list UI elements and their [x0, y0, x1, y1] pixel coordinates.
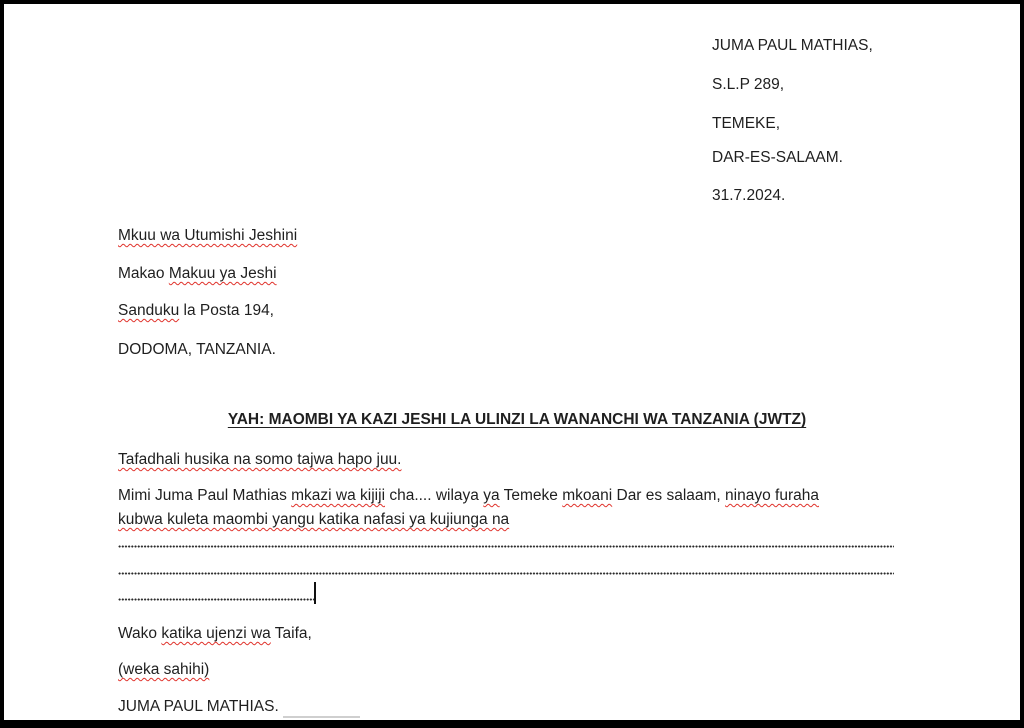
closing-text: Wako: [118, 625, 161, 642]
dotted-fill-line-1: [118, 545, 894, 548]
document-frame: JUMA PAUL MATHIAS, S.L.P 289, TEMEKE, DA…: [4, 4, 1020, 720]
sender-name: JUMA PAUL MATHIAS,: [712, 36, 873, 56]
paragraph-text: ya: [483, 487, 499, 504]
paragraph-text: Mimi Juma Paul Mathias: [118, 487, 291, 504]
paragraph-line-1: Mimi Juma Paul Mathias mkazi wa kijiji c…: [118, 486, 819, 506]
paragraph-text: mkazi wa kijiji: [291, 487, 385, 504]
sender-district: TEMEKE,: [712, 114, 780, 134]
dotted-fill-line-3: [118, 598, 314, 601]
sender-city: DAR-ES-SALAAM.: [712, 148, 843, 168]
closing-text: Taifa,: [271, 625, 312, 642]
greeting-text: Tafadhali husika na somo tajwa hapo juu.: [118, 451, 402, 468]
recipient-title: Mkuu wa Utumishi Jeshini: [118, 226, 297, 246]
letter-subject: YAH: MAOMBI YA KAZI JESHI LA ULINZI LA W…: [4, 410, 1020, 430]
recipient-office-text-a: Makao: [118, 265, 169, 282]
paragraph-text: kubwa kuleta maombi yangu katika nafasi …: [118, 511, 509, 528]
recipient-office: Makao Makuu ya Jeshi: [118, 264, 277, 284]
horizontal-scrollbar-thumb[interactable]: [283, 716, 360, 718]
text-cursor: [314, 582, 316, 604]
signature-placeholder: (weka sahihi): [118, 660, 209, 680]
paragraph-text: ninayo furaha: [725, 487, 819, 504]
signature-name: JUMA PAUL MATHIAS.: [118, 697, 279, 717]
closing-text: katika ujenzi wa: [161, 625, 270, 642]
greeting-line: Tafadhali husika na somo tajwa hapo juu.: [118, 450, 402, 470]
signature-placeholder-text: (weka sahihi): [118, 661, 209, 678]
paragraph-line-2: kubwa kuleta maombi yangu katika nafasi …: [118, 510, 509, 530]
recipient-po-box-text-b: la Posta 194,: [179, 302, 274, 319]
paragraph-text: Dar es salaam,: [612, 487, 725, 504]
recipient-city: DODOMA, TANZANIA.: [118, 340, 276, 360]
paragraph-text: Temeke: [500, 487, 563, 504]
document-page[interactable]: JUMA PAUL MATHIAS, S.L.P 289, TEMEKE, DA…: [4, 4, 1020, 720]
dotted-fill-line-2: [118, 572, 894, 575]
recipient-po-box-text-a: Sanduku: [118, 302, 179, 319]
paragraph-text: mkoani: [562, 487, 612, 504]
recipient-office-text-b: Makuu ya Jeshi: [169, 265, 277, 282]
letter-date: 31.7.2024.: [712, 186, 785, 206]
sender-po-box: S.L.P 289,: [712, 75, 784, 95]
paragraph-text: cha.... wilaya: [385, 487, 483, 504]
recipient-po-box: Sanduku la Posta 194,: [118, 301, 274, 321]
recipient-title-text: Mkuu wa Utumishi Jeshini: [118, 227, 297, 244]
closing-line: Wako katika ujenzi wa Taifa,: [118, 624, 312, 644]
